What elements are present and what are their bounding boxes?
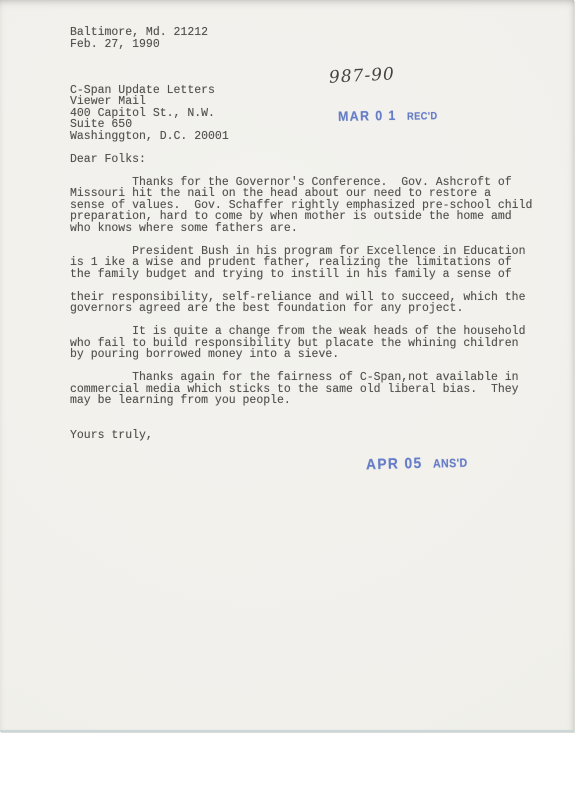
scan-background: Baltimore, Md. 21212 Feb. 27, 1990 C-Spa… xyxy=(0,0,581,800)
received-stamp-label: REC'D xyxy=(407,110,438,123)
received-date-stamp: MAR 0 1 REC'D xyxy=(338,107,442,124)
handwritten-case-number: 987-90 xyxy=(329,64,396,87)
answered-date-stamp: APR 05 ANS'D xyxy=(366,454,472,474)
typed-letter-text: Baltimore, Md. 21212 Feb. 27, 1990 C-Spa… xyxy=(70,27,532,441)
answered-stamp-label: ANS'D xyxy=(432,456,467,471)
letter-paper: Baltimore, Md. 21212 Feb. 27, 1990 C-Spa… xyxy=(0,0,574,732)
received-stamp-date: MAR 0 1 xyxy=(338,108,397,124)
answered-stamp-date: APR 05 xyxy=(366,455,423,473)
